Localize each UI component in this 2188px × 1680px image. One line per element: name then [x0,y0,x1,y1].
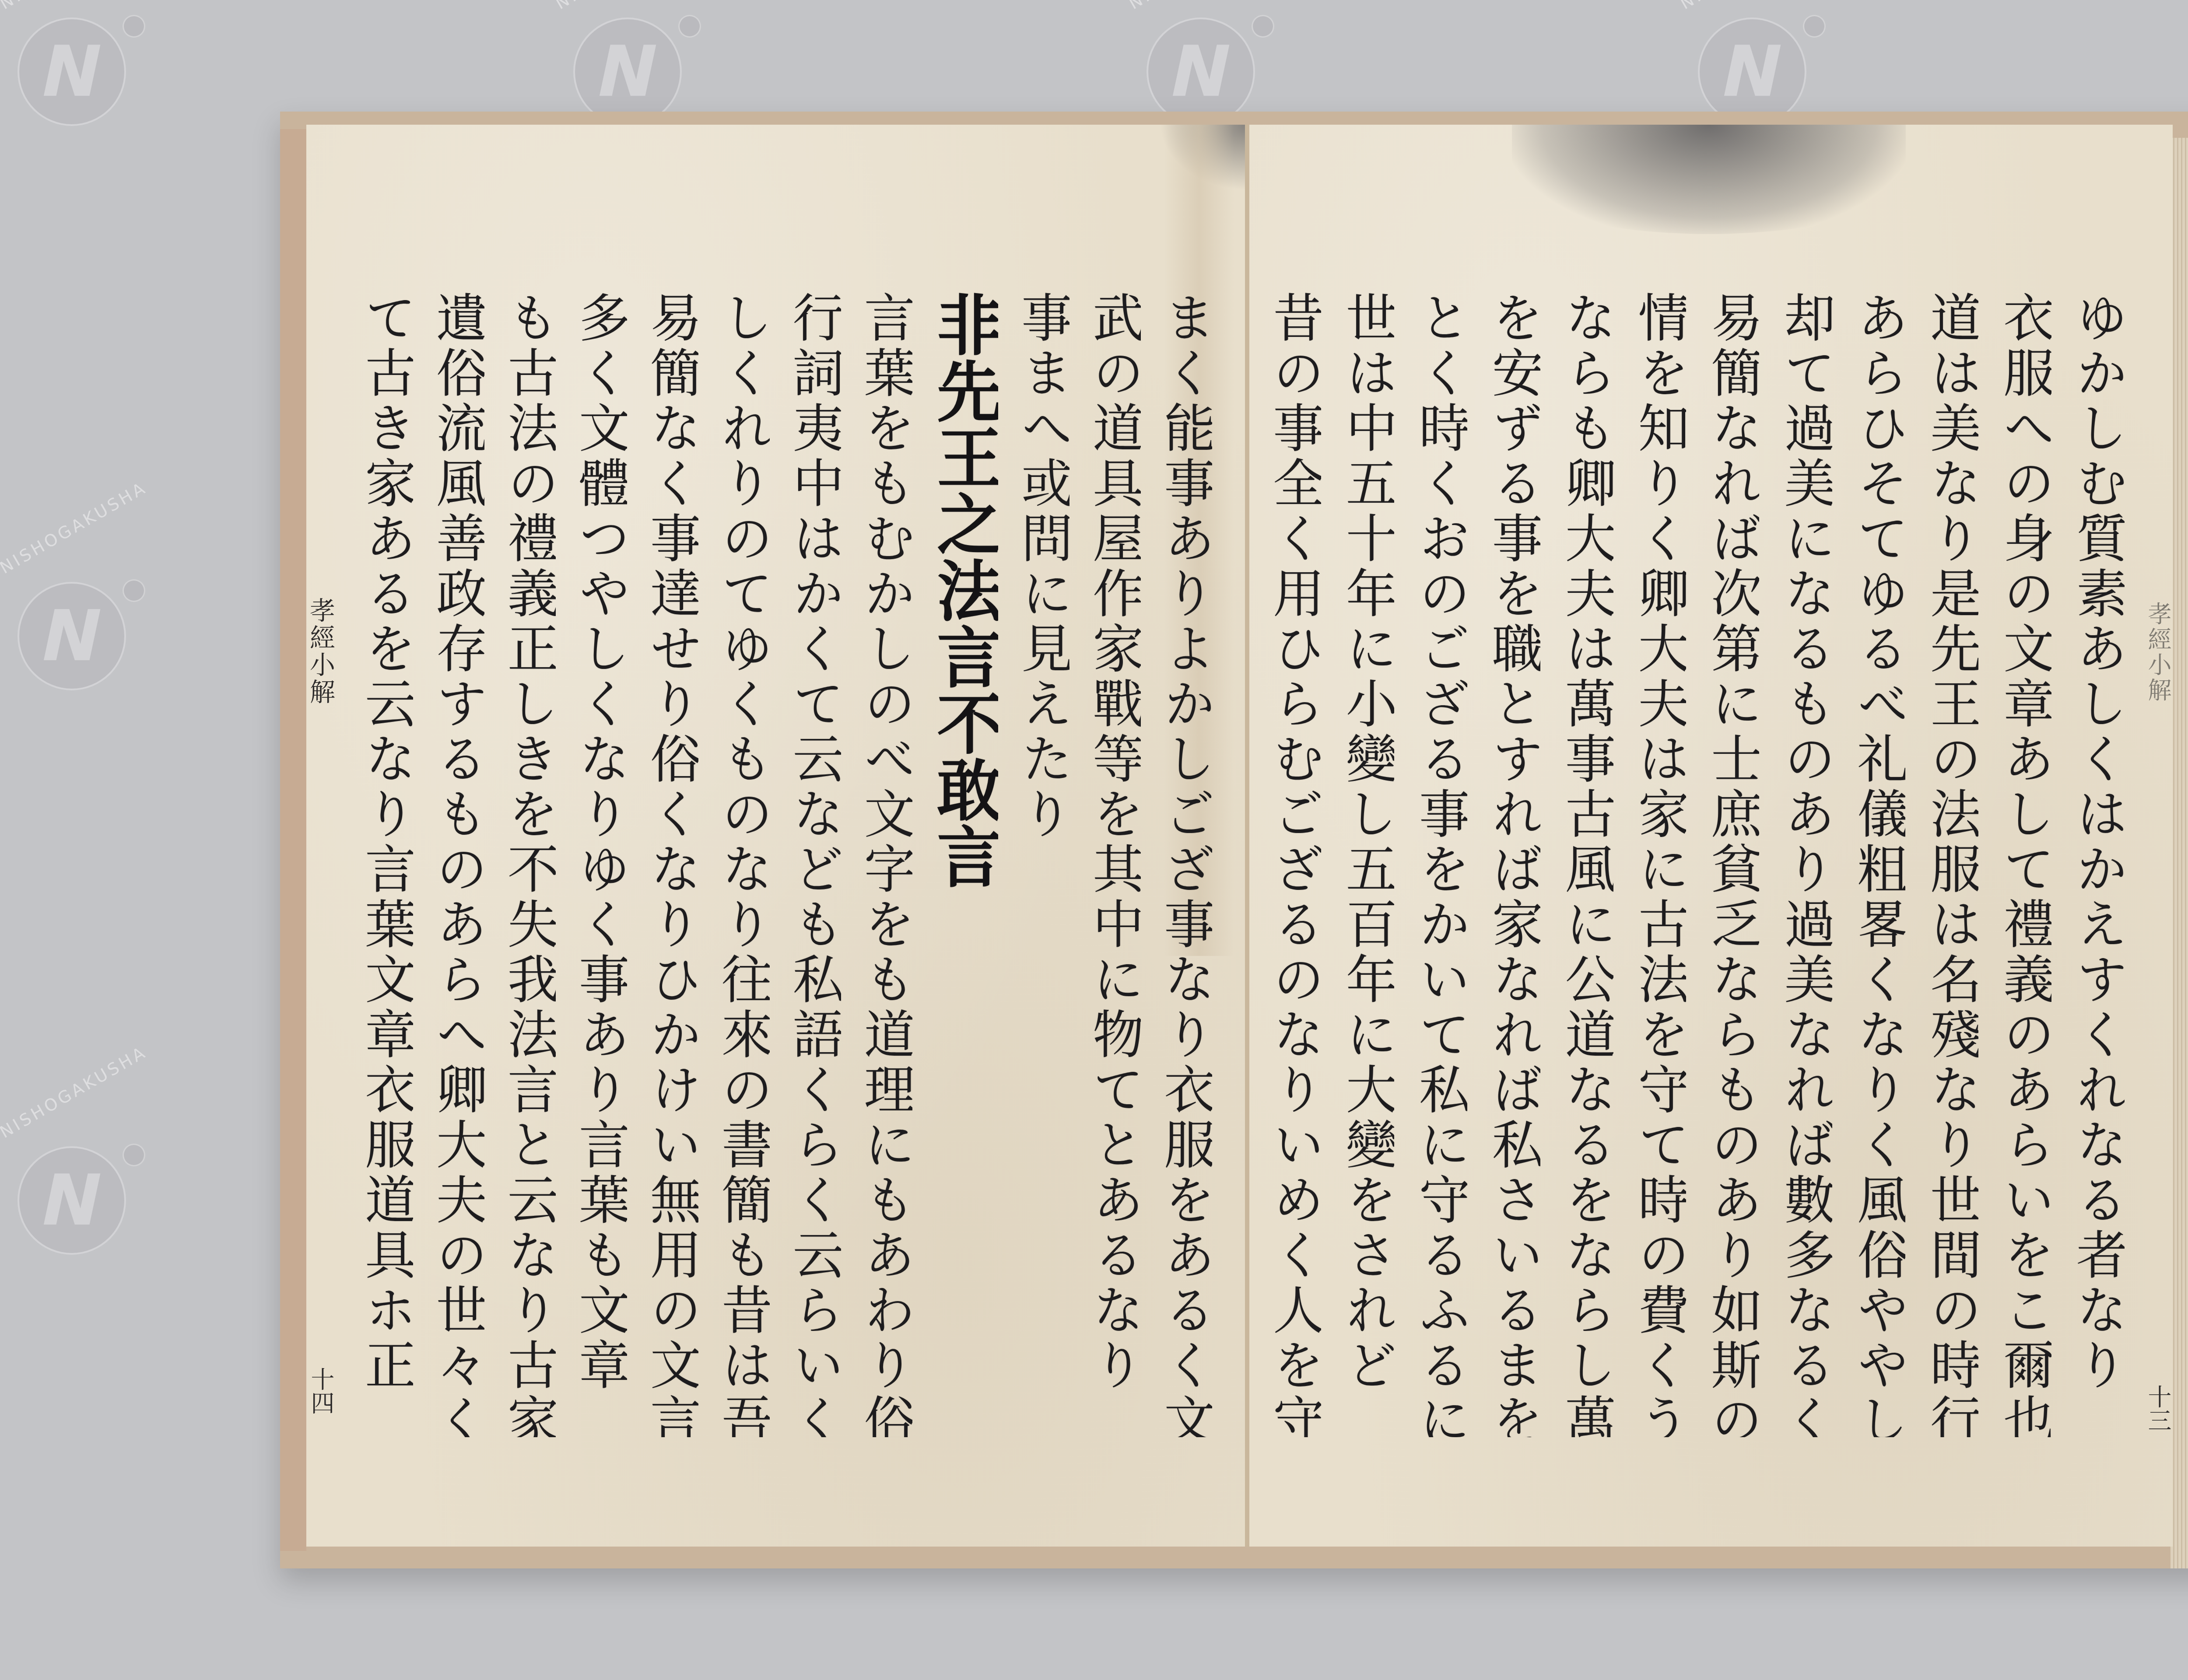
watermark-n-icon: N [1715,37,1789,107]
ink-stain [1512,125,1906,234]
page-number: 十三 [2141,1385,2175,1432]
watermark-n-icon: N [35,37,109,107]
watermark-logo: NISHOGAKUSHA N [18,17,126,126]
text-column: 却て過美になるものあり過美なれば數多なるく [1778,291,1832,1437]
watermark-n-icon: N [1164,37,1238,107]
watermark-dot-icon [123,15,145,38]
open-book: 孝經小解 十四 まく能事ありよかしござ事なり衣服をあるく文 武の道具屋作家戰等を… [280,112,2188,1568]
text-column: まく能事ありよかしござ事なり衣服をあるく文 [1158,291,1212,1437]
text-column: とく時くおのござる事をかいて私に守るふるにあらだ [1413,291,1467,1437]
text-column: あらひそてゆるべ礼儀粗畧くなりく風俗ややしく [1851,291,1905,1437]
page-number: 十四 [304,1367,338,1414]
text-column: 道は美なり是先王の法服は名殘なり世間の時行もの [1924,291,1978,1437]
text-column: 事まへ或問に見えたり [1015,291,1069,1437]
margin-title-label: 孝經小解 [302,597,339,706]
watermark-logo: NISHOGAKUSHA N [573,17,682,126]
watermark-logo: NISHOGAKUSHA N [1147,17,1255,126]
right-page: 孝經小解 十三 ゆかしむ質素あしくはかえすくれなる者なり 衣服への身の文章あして… [1249,125,2173,1547]
watermark-dot-icon [123,1144,145,1166]
text-column: 武の道具屋作家戰等を其中に物てとあるなり [1087,291,1141,1437]
text-column: 昔の事全く用ひらむござるのなりいめく人を守 [1267,291,1321,1437]
text-column: て古き家あるを云なり言葉文章衣服道具ホ正 [359,291,413,1437]
margin-title-label: 孝經小解 [2141,602,2175,703]
text-column: 遺俗流風善政存するものあらへ卿大夫の世々くし [430,291,484,1437]
text-column: 多く文體つやしくなりゆく事あり言葉も文章 [573,291,627,1437]
watermark-n-icon: N [35,1165,109,1235]
watermark-text: NISHOGAKUSHA [1677,0,1830,13]
watermark-dot-icon [1252,15,1274,38]
watermark-text: NISHOGAKUSHA [552,0,706,13]
text-column: ならも卿大夫は萬事古風に公道なるをならし萬民 [1559,291,1613,1437]
watermark-dot-icon [678,15,701,38]
watermark-logo: NISHOGAKUSHA N [18,1146,126,1255]
section-heading: 非先王之法言不敢言 [929,291,999,1437]
text-column: 易簡なれば次第に士庶貧乏ならものあり如斯の人 [1705,291,1759,1437]
watermark-n-icon: N [35,601,109,671]
text-column: 行詞夷中はかくて云なども私語くらく云らいくい居 [787,291,841,1437]
text-column: しくれりのてゆくものなり往來の書簡も昔は吾 [715,291,770,1437]
text-columns: ゆかしむ質素あしくはかえすくれなる者なり 衣服への身の文章あして禮義のあらいをこ… [1267,291,2125,1437]
text-column: ゆかしむ質素あしくはかえすくれなる者なり [2070,291,2125,1437]
text-column: を安ずる事を職とすれば家なれば私さいるまを [1486,291,1540,1437]
watermark-logo: NISHOGAKUSHA N [1698,17,1806,126]
watermark-dot-icon [123,579,145,602]
watermark-text: NISHOGAKUSHA [0,1042,150,1142]
text-column: 世は中五十年に小變し五百年に大變をされど [1340,291,1394,1437]
text-column: 情を知りく卿大夫は家に古法を守て時の費くう [1632,291,1687,1437]
watermark-n-icon: N [591,37,664,107]
text-column: 衣服への身の文章あして禮義のあらいをこ爾也人 [1997,291,2051,1437]
text-column: 言葉をもむかしのべ文字をも道理にもあわり俗の時 [858,291,912,1437]
watermark-text: NISHOGAKUSHA [0,478,150,577]
watermark-text: NISHOGAKUSHA [0,0,150,13]
left-page: 孝經小解 十四 まく能事ありよかしござ事なり衣服をあるく文 武の道具屋作家戰等を… [306,125,1247,1547]
watermark-text: NISHOGAKUSHA [1126,0,1279,13]
watermark-logo: NISHOGAKUSHA N [18,582,126,690]
text-columns: まく能事ありよかしござ事なり衣服をあるく文 武の道具屋作家戰等を其中に物てとある… [359,291,1212,1437]
text-column: も古法の禮義正しきを不失我法言と云なり古家 [501,291,556,1437]
watermark-dot-icon [1803,15,1826,38]
left-cover-edge [280,129,306,1551]
page-stack-edges [2170,138,2188,1568]
text-column: 易簡なく事達せり俗くなりひかけい無用の文言 [644,291,698,1437]
